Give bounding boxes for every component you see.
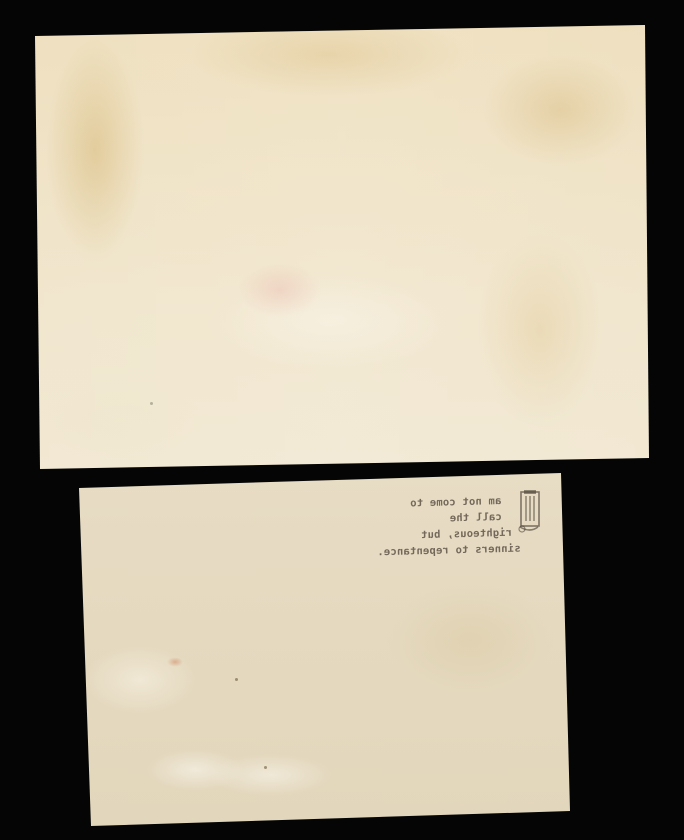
verse-line: sinners to repentance.: [410, 541, 520, 560]
paper-speck: [150, 402, 153, 405]
paper-speck: [264, 766, 267, 769]
mirrored-verse-text: am not come to call the righteous, but s…: [409, 493, 521, 560]
paper-speck: [235, 678, 238, 681]
